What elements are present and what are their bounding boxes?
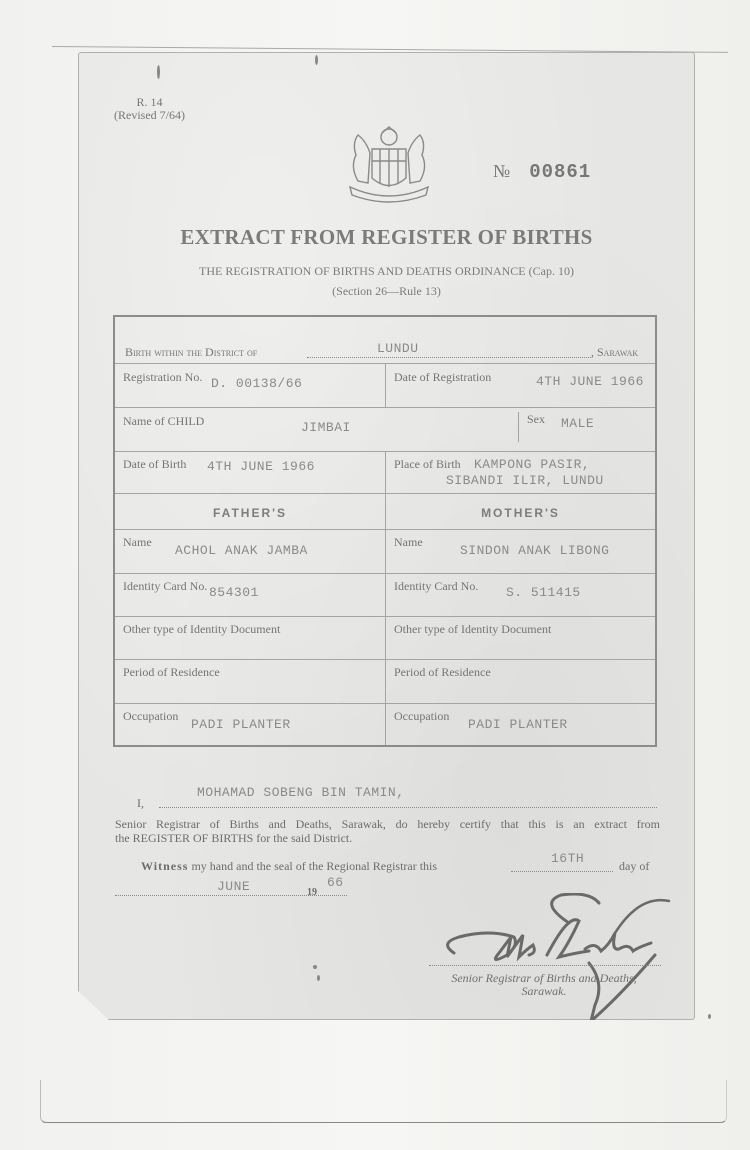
mother-ic-label: Identity Card No. <box>394 579 478 594</box>
father-name-label: Name <box>123 535 152 550</box>
child-name-label: Name of CHILD <box>123 414 204 429</box>
registrar-name-dotted-line <box>159 807 657 808</box>
date-of-birth-value: 4TH JUNE 1966 <box>207 459 315 474</box>
date-of-birth-label: Date of Birth <box>123 457 186 472</box>
father-occupation-label: Occupation <box>123 709 178 724</box>
document-title: EXTRACT FROM REGISTER OF BIRTHS <box>79 225 694 250</box>
ordinance-subtitle: THE REGISTRATION OF BIRTHS AND DEATHS OR… <box>79 264 694 279</box>
register-table: Birth within the District of LUNDU , Sar… <box>113 315 657 747</box>
stain-speck <box>317 975 320 981</box>
sex-value: MALE <box>561 416 594 431</box>
child-row: Name of CHILD JIMBAI Sex MALE <box>115 407 655 451</box>
witness-word: Witness <box>141 859 188 873</box>
district-dotted-line <box>307 357 591 358</box>
child-name-value: JIMBAI <box>301 420 351 435</box>
month-value: JUNE <box>217 879 250 894</box>
serial-number: №00861 <box>493 161 591 183</box>
mother-occupation-value: PADI PLANTER <box>468 717 568 732</box>
father-ic-label: Identity Card No. <box>123 579 207 594</box>
parents-name-row: Name ACHOL ANAK JAMBA Name SINDON ANAK L… <box>115 529 655 573</box>
mother-occupation-label: Occupation <box>394 709 449 724</box>
backing-sheet-edge <box>40 1080 727 1123</box>
father-occupation-value: PADI PLANTER <box>191 717 291 732</box>
father-heading: FATHER'S <box>115 506 385 520</box>
district-suffix: , Sarawak <box>591 345 638 360</box>
parents-other-id-row: Other type of Identity Document Other ty… <box>115 616 655 659</box>
photo-edge-top <box>52 46 728 53</box>
year-value: 66 <box>327 875 344 890</box>
form-revision: (Revised 7/64) <box>114 109 185 122</box>
place-of-birth-line2: SIBANDI ILIR, LUNDU <box>446 473 604 488</box>
district-label: Birth within the District of <box>125 345 257 360</box>
witness-line: Witness my hand and the seal of the Regi… <box>141 859 437 874</box>
mother-ic-value: S. 511415 <box>506 585 581 600</box>
signature-dotted-line <box>429 965 661 966</box>
day-suffix: day of <box>619 859 649 874</box>
father-ic-value: 854301 <box>209 585 259 600</box>
signatory-title-line2: Sarawak. <box>424 985 664 998</box>
section-reference: (Section 26—Rule 13) <box>79 284 694 299</box>
certification-block: I, MOHAMAD SOBENG BIN TAMIN, Senior Regi… <box>79 753 694 913</box>
signatory-title: Senior Registrar of Births and Deaths, S… <box>424 972 664 998</box>
handwritten-signature-icon <box>419 893 679 1023</box>
father-other-id-label: Other type of Identity Document <box>123 622 280 637</box>
father-residence-label: Period of Residence <box>123 665 220 680</box>
registration-no-value: D. 00138/66 <box>211 376 302 391</box>
date-of-registration-label: Date of Registration <box>394 370 491 385</box>
mother-name-value: SINDON ANAK LIBONG <box>460 543 609 558</box>
place-of-birth-line1: KAMPONG PASIR, <box>474 457 590 472</box>
birth-row: Date of Birth 4TH JUNE 1966 Place of Bir… <box>115 451 655 493</box>
registration-row: Registration No. D. 00138/66 Date of Reg… <box>115 363 655 407</box>
number-sign: № <box>493 161 511 181</box>
witness-text: my hand and the seal of the Regional Reg… <box>191 859 437 873</box>
parents-residence-row: Period of Residence Period of Residence <box>115 659 655 703</box>
parents-ic-row: Identity Card No. 854301 Identity Card N… <box>115 573 655 616</box>
parents-heading-row: FATHER'S MOTHER'S <box>115 493 655 529</box>
day-dotted-line <box>511 871 613 872</box>
father-name-value: ACHOL ANAK JAMBA <box>175 543 308 558</box>
certify-prefix: I, <box>137 796 144 811</box>
stain-speck <box>157 65 160 79</box>
mother-name-label: Name <box>394 535 423 550</box>
date-of-registration-value: 4TH JUNE 1966 <box>536 374 644 389</box>
form-code: R. 14 (Revised 7/64) <box>114 96 185 122</box>
coat-of-arms-icon <box>344 123 434 208</box>
stain-speck <box>315 55 318 65</box>
mother-heading: MOTHER'S <box>386 506 655 520</box>
sex-label: Sex <box>527 412 545 427</box>
year-prefix: 19 <box>307 887 317 898</box>
mother-residence-label: Period of Residence <box>394 665 491 680</box>
birth-certificate-document: R. 14 (Revised 7/64) №00861 EXTRACT FROM… <box>78 52 695 1020</box>
stain-speck <box>313 965 317 969</box>
place-of-birth-label: Place of Birth <box>394 457 461 472</box>
registration-no-label: Registration No. <box>123 370 202 385</box>
serial-value: 00861 <box>529 161 591 183</box>
certify-statement-line2: the REGISTER OF BIRTHS for the said Dist… <box>115 831 352 846</box>
day-value: 16TH <box>551 851 584 866</box>
district-row: Birth within the District of LUNDU , Sar… <box>115 317 655 363</box>
parents-occupation-row: Occupation PADI PLANTER Occupation PADI … <box>115 703 655 745</box>
stain-speck <box>708 1014 711 1019</box>
mother-other-id-label: Other type of Identity Document <box>394 622 551 637</box>
registrar-name: MOHAMAD SOBENG BIN TAMIN, <box>197 785 405 800</box>
district-value: LUNDU <box>377 341 419 356</box>
certify-statement-line1: Senior Registrar of Births and Deaths, S… <box>115 817 660 832</box>
